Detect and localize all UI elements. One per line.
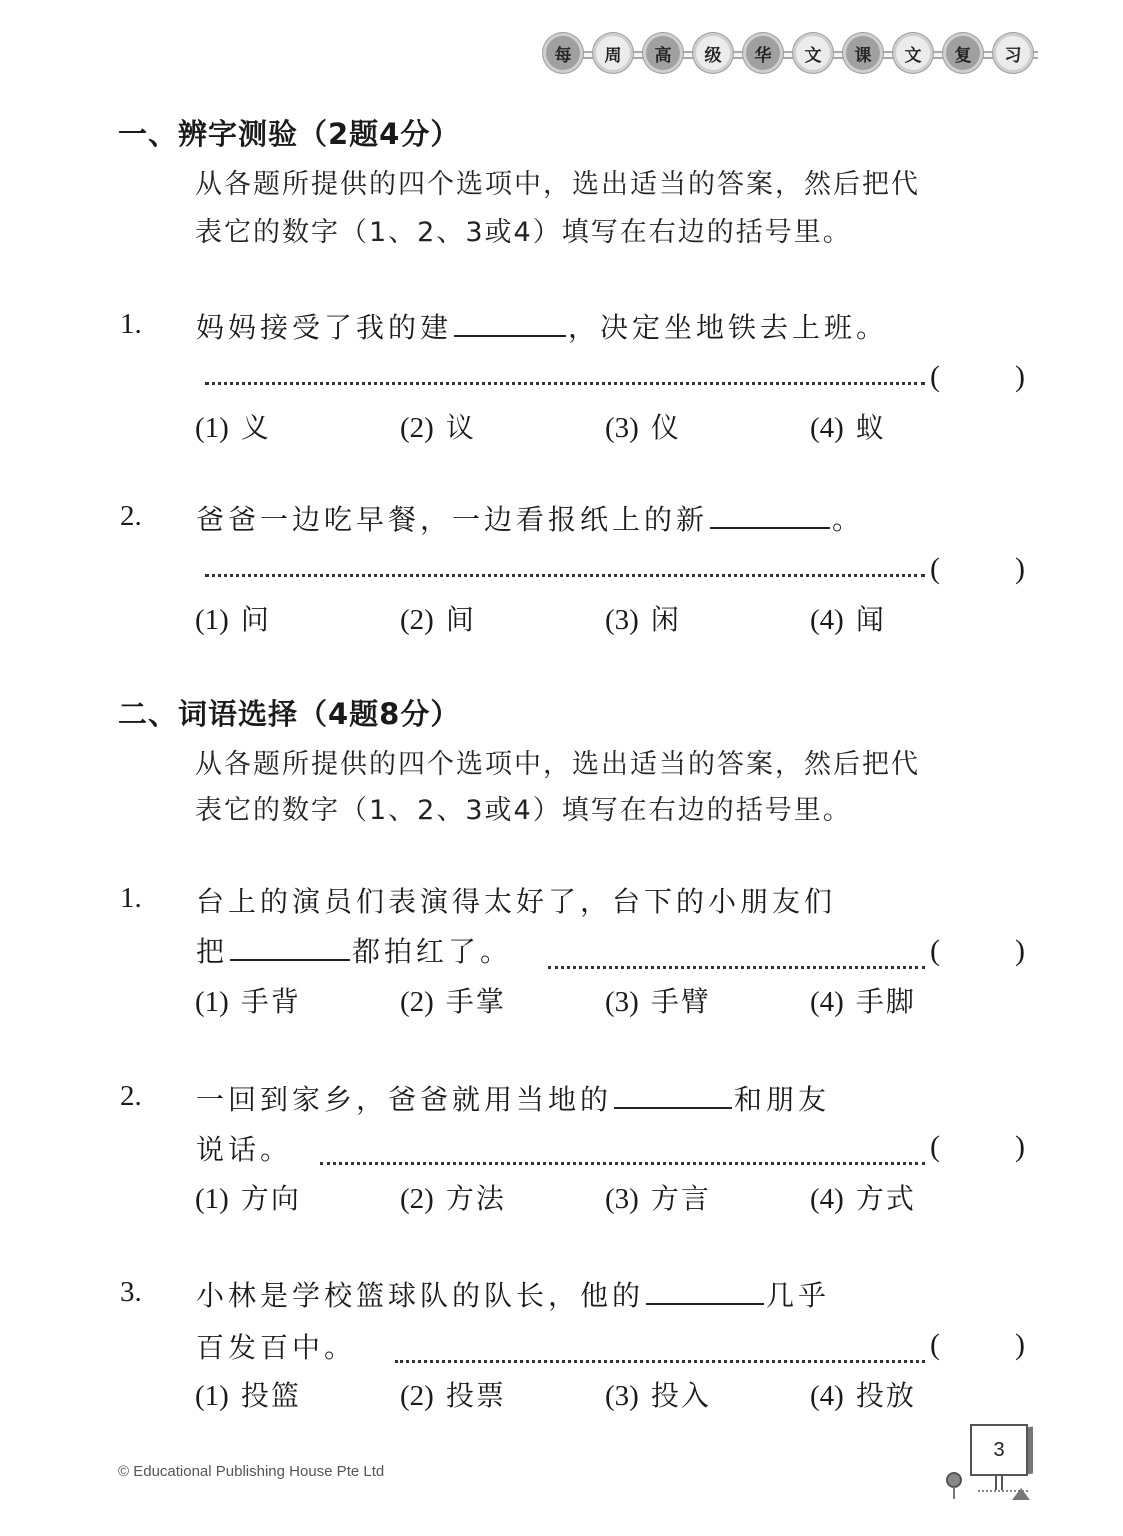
- option-3: (3)方言: [605, 1177, 711, 1217]
- answer-bracket-close: ): [1015, 360, 1025, 394]
- question-text: 妈妈接受了我的建，决定坐地铁去上班。: [196, 306, 888, 346]
- option-4: (4)投放: [810, 1374, 916, 1414]
- dotted-leader: [320, 1158, 925, 1165]
- answer-box[interactable]: [945, 554, 1015, 588]
- option-3: (3)手臂: [605, 980, 711, 1020]
- question-text-before: 一回到家乡，爸爸就用当地的: [196, 1083, 612, 1116]
- flower-stem: [953, 1487, 955, 1499]
- grass-icon: [1012, 1488, 1030, 1500]
- header-bubble: 复: [943, 33, 983, 73]
- answer-box[interactable]: [945, 362, 1015, 396]
- page-number: 3: [970, 1424, 1028, 1476]
- option-4: (4)方式: [810, 1177, 916, 1217]
- option-4: (4)蚁: [810, 406, 886, 446]
- fill-in-blank[interactable]: [230, 957, 350, 961]
- question-text-after: 都拍红了。: [352, 935, 512, 968]
- flower-icon: [946, 1472, 962, 1488]
- option-3: (3)仪: [605, 406, 681, 446]
- answer-box[interactable]: [945, 1132, 1015, 1166]
- question-text: 爸爸一边吃早餐，一边看报纸上的新。: [196, 498, 864, 538]
- header-bubble: 高: [643, 33, 683, 73]
- question-text-line2: 百发百中。: [196, 1326, 356, 1366]
- answer-bracket-close: ): [1015, 1130, 1025, 1164]
- option-4: (4)闻: [810, 598, 886, 638]
- question-text-line1: 台上的演员们表演得太好了，台下的小朋友们: [196, 880, 836, 920]
- option-2: (2)方法: [400, 1177, 506, 1217]
- sign-post: [995, 1476, 1003, 1490]
- dotted-leader: [205, 570, 925, 577]
- section-title: 一、辨字测验（2题4分）: [118, 112, 460, 153]
- question-text-after: 和朋友: [734, 1083, 830, 1116]
- question-text-after: ，决定坐地铁去上班。: [568, 311, 888, 344]
- fill-in-blank[interactable]: [454, 333, 566, 337]
- answer-bracket-close: ): [1015, 934, 1025, 968]
- header-bubble: 华: [743, 33, 783, 73]
- answer-bracket-open: (: [930, 934, 940, 968]
- question-text-line1: 小林是学校篮球队的队长，他的几乎: [196, 1274, 830, 1314]
- answer-box[interactable]: [945, 936, 1015, 970]
- answer-bracket-open: (: [930, 1130, 940, 1164]
- answer-bracket-close: ): [1015, 1328, 1025, 1362]
- question-text-line2: 把都拍红了。: [196, 930, 512, 970]
- question-text-after: 。: [832, 503, 864, 536]
- dotted-leader: [548, 962, 925, 969]
- question-text-after: 几乎: [766, 1279, 830, 1312]
- option-1: (1)义: [195, 406, 271, 446]
- option-2: (2)投票: [400, 1374, 506, 1414]
- question-number: 1.: [120, 308, 142, 341]
- question-number: 3.: [120, 1276, 142, 1309]
- question-number: 2.: [120, 1080, 142, 1113]
- header-bubble: 文: [793, 33, 833, 73]
- option-1: (1)方向: [195, 1177, 301, 1217]
- question-text-line1: 一回到家乡，爸爸就用当地的和朋友: [196, 1078, 830, 1118]
- option-2: (2)手掌: [400, 980, 506, 1020]
- option-1: (1)手背: [195, 980, 301, 1020]
- dotted-leader: [395, 1356, 925, 1363]
- question-text-before: 妈妈接受了我的建: [196, 311, 452, 344]
- answer-bracket-open: (: [930, 552, 940, 586]
- question-text-before: 爸爸一边吃早餐，一边看报纸上的新: [196, 503, 708, 536]
- fill-in-blank[interactable]: [646, 1301, 764, 1305]
- question-text-line2: 说话。: [196, 1128, 292, 1168]
- option-2: (2)议: [400, 406, 476, 446]
- option-2: (2)间: [400, 598, 476, 638]
- answer-box[interactable]: [945, 1330, 1015, 1364]
- question-text-before: 把: [196, 935, 228, 968]
- instruction-line: 从各题所提供的四个选项中，选出适当的答案，然后把代: [195, 162, 920, 201]
- option-4: (4)手脚: [810, 980, 916, 1020]
- answer-bracket-open: (: [930, 360, 940, 394]
- header-bubble: 每: [543, 33, 583, 73]
- option-3: (3)投入: [605, 1374, 711, 1414]
- option-1: (1)投篮: [195, 1374, 301, 1414]
- question-number: 1.: [120, 882, 142, 915]
- option-3: (3)闲: [605, 598, 681, 638]
- header-bubble: 习: [993, 33, 1033, 73]
- header-bubble: 周: [593, 33, 633, 73]
- instruction-line: 表它的数字（1、2、3或4）填写在右边的括号里。: [195, 210, 852, 249]
- question-text-before: 小林是学校篮球队的队长，他的: [196, 1279, 644, 1312]
- header-bubble: 课: [843, 33, 883, 73]
- copyright-footer: © Educational Publishing House Pte Ltd: [118, 1463, 384, 1480]
- instruction-line: 表它的数字（1、2、3或4）填写在右边的括号里。: [195, 788, 852, 827]
- header-series-banner: 每 周 高 级 华 文 课 文 复 习: [543, 30, 1038, 80]
- dotted-leader: [205, 378, 925, 385]
- section-title: 二、词语选择（4题8分）: [118, 692, 460, 733]
- fill-in-blank[interactable]: [710, 525, 830, 529]
- header-bubble: 文: [893, 33, 933, 73]
- fill-in-blank[interactable]: [614, 1105, 732, 1109]
- answer-bracket-open: (: [930, 1328, 940, 1362]
- option-1: (1)问: [195, 598, 271, 638]
- instruction-line: 从各题所提供的四个选项中，选出适当的答案，然后把代: [195, 742, 920, 781]
- header-bubble: 级: [693, 33, 733, 73]
- question-number: 2.: [120, 500, 142, 533]
- answer-bracket-close: ): [1015, 552, 1025, 586]
